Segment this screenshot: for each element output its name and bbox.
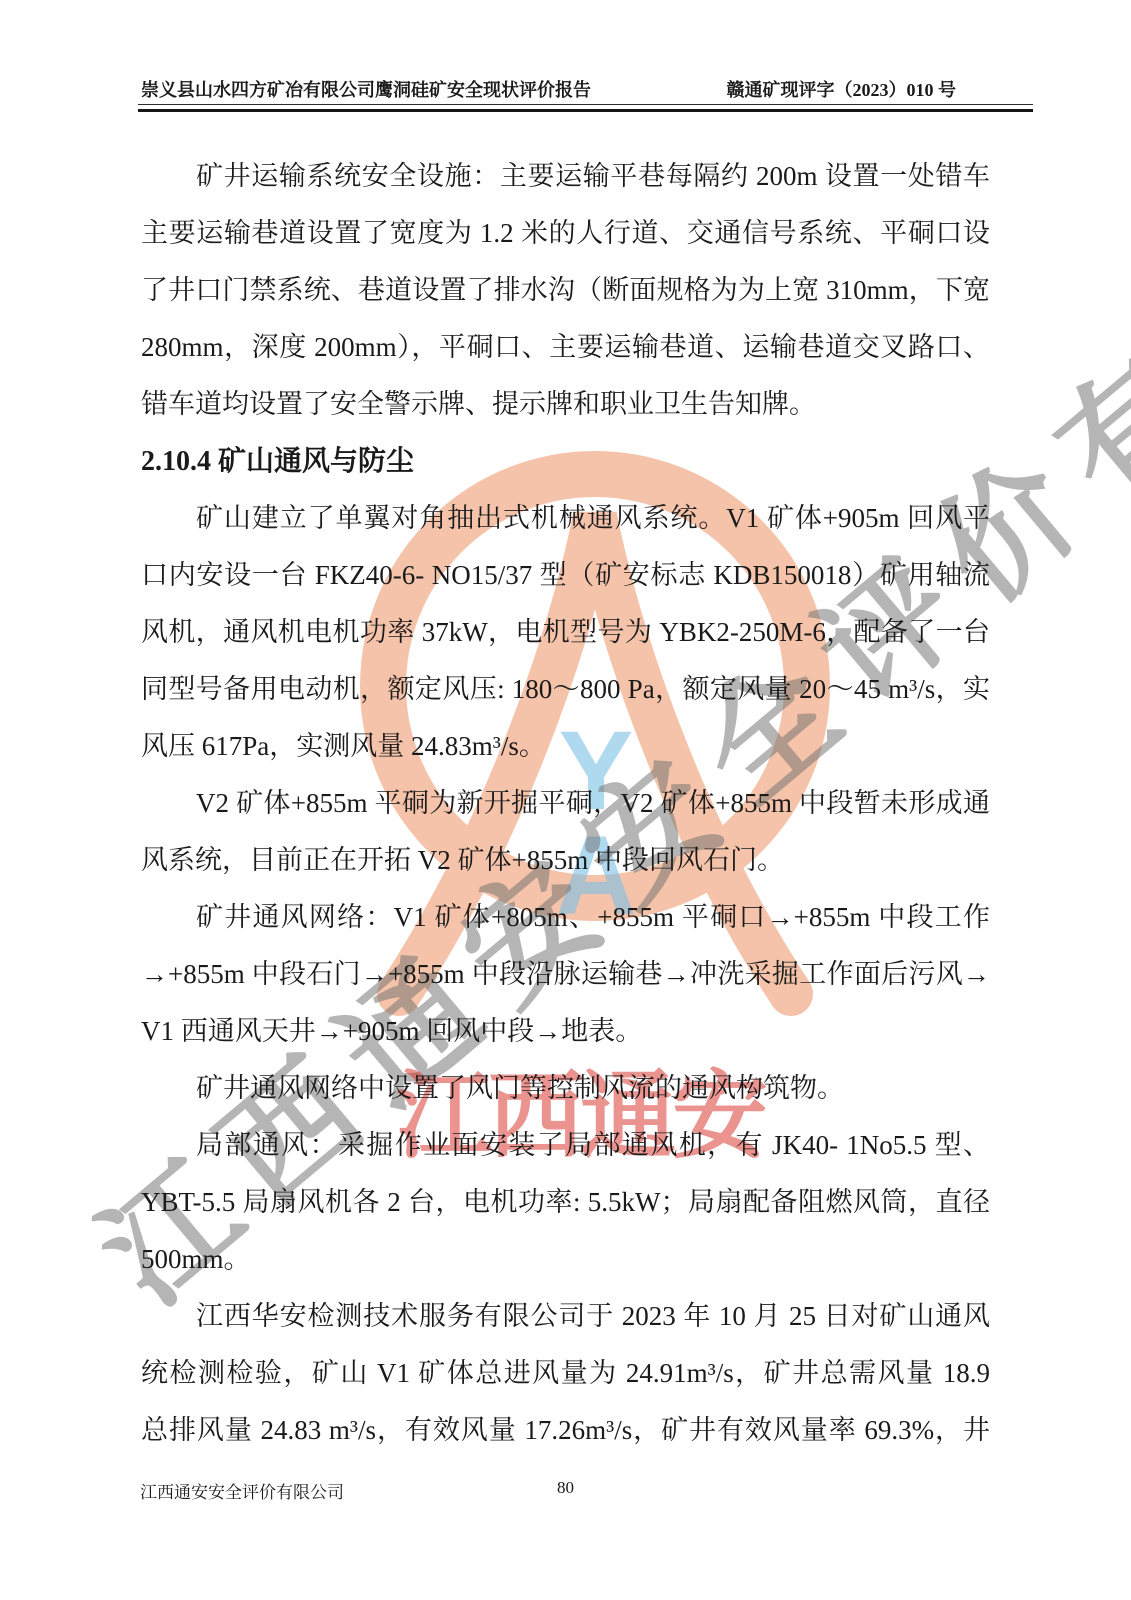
text-line: 总排风量 24.83 m³/s，有效风量 17.26m³/s，矿井有效风量率 6… bbox=[141, 1402, 990, 1459]
text-line: V2 矿体+855m 平硐为新开掘平硐，V2 矿体+855m 中段暂未形成通 bbox=[141, 775, 990, 832]
header-report-title: 崇义县山水四方矿冶有限公司鹰洞硅矿安全现状评价报告 bbox=[141, 76, 591, 102]
text-line: 矿井通风网络：V1 矿体+805m、+855m 平硐口→+855m 中段工作面 bbox=[141, 889, 990, 946]
document-body: 矿井运输系统安全设施：主要运输平巷每隔约 200m 设置一处错车道，主要运输巷道… bbox=[141, 148, 990, 1459]
text-line: 了井口门禁系统、巷道设置了排水沟（断面规格为为上宽 310mm，下宽 bbox=[141, 262, 990, 319]
text-line: 500mm。 bbox=[141, 1231, 990, 1288]
text-line: 矿井运输系统安全设施：主要运输平巷每隔约 200m 设置一处错车道， bbox=[141, 148, 990, 205]
text-line: 错车道均设置了安全警示牌、提示牌和职业卫生告知牌。 bbox=[141, 376, 990, 433]
text-line: YBT-5.5 局扇风机各 2 台，电机功率: 5.5kW；局扇配备阻燃风筒，直… bbox=[141, 1174, 990, 1231]
text-line: 风系统，目前正在开拓 V2 矿体+855m 中段回风石门。 bbox=[141, 832, 990, 889]
text-line: 局部通风：采掘作业面安装了局部通风机，有 JK40- 1No5.5 型、 bbox=[141, 1117, 990, 1174]
text-line: 280mm，深度 200mm），平硐口、主要运输巷道、运输巷道交叉路口、 bbox=[141, 319, 990, 376]
page-footer: 江西通安安全评价有限公司 80 bbox=[0, 1478, 1131, 1502]
text-line: 风压 617Pa，实测风量 24.83m³/s。 bbox=[141, 718, 990, 775]
document-page: Y A 江西通安安全评价有限公司 江西通安 崇义县山水四方矿冶有限公司鹰洞硅矿安… bbox=[0, 0, 1131, 1600]
text-line: 统检测检验，矿山 V1 矿体总进风量为 24.91m³/s，矿井总需风量 18.… bbox=[141, 1345, 990, 1402]
text-line: →+855m 中段石门→+855m 中段沿脉运输巷→冲洗采掘工作面后污风→ bbox=[141, 946, 990, 1003]
text-line: 风机，通风机电机功率 37kW，电机型号为 YBK2-250M-6，配备了一台 bbox=[141, 604, 990, 661]
text-line: 主要运输巷道设置了宽度为 1.2 米的人行道、交通信号系统、平硐口设置 bbox=[141, 205, 990, 262]
page-header: 崇义县山水四方矿冶有限公司鹰洞硅矿安全现状评价报告 赣通矿现评字（2023）01… bbox=[141, 76, 990, 102]
text-line: 口内安设一台 FKZ40-6- NO15/37 型（矿安标志 KDB150018… bbox=[141, 547, 990, 604]
header-document-number: 赣通矿现评字（2023）010 号 bbox=[727, 76, 957, 102]
text-line: V1 西通风天井→+905m 回风中段→地表。 bbox=[141, 1003, 990, 1060]
text-line: 矿井通风网络中设置了风门等控制风流的通风构筑物。 bbox=[141, 1060, 990, 1117]
text-line: 矿山建立了单翼对角抽出式机械通风系统。V1 矿体+905m 回风平硐 bbox=[141, 490, 990, 547]
section-heading: 2.10.4 矿山通风与防尘 bbox=[141, 433, 990, 490]
header-rule bbox=[138, 104, 1033, 112]
text-line: 江西华安检测技术服务有限公司于 2023 年 10 月 25 日对矿山通风系 bbox=[141, 1288, 990, 1345]
page-number: 80 bbox=[0, 1478, 1131, 1498]
text-line: 同型号备用电动机，额定风压: 180～800 Pa，额定风量 20～45 m³/… bbox=[141, 661, 990, 718]
